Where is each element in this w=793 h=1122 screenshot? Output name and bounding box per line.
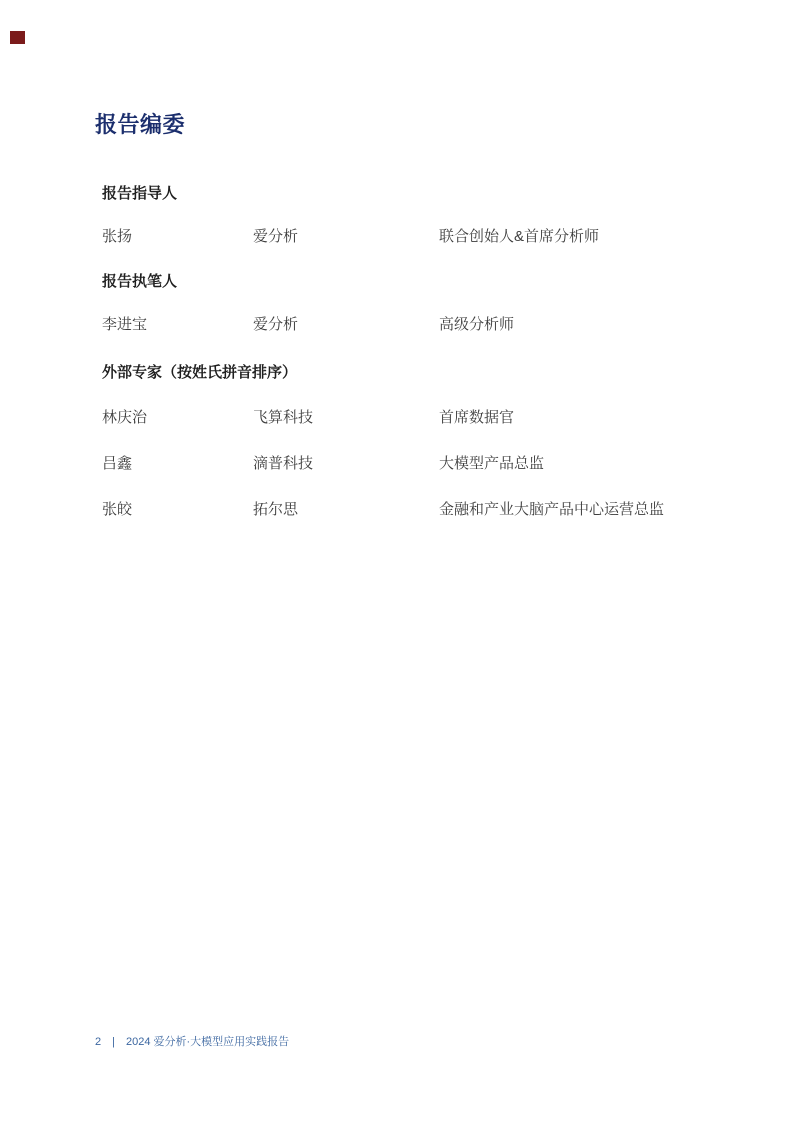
table-row: 林庆治 飞算科技 首席数据官 — [0, 409, 793, 427]
member-name: 张扬 — [102, 228, 132, 245]
table-row: 李进宝 爱分析 高级分析师 — [0, 316, 793, 334]
member-org: 爱分析 — [253, 316, 298, 333]
member-role: 金融和产业大脑产品中心运营总监 — [439, 501, 664, 518]
member-name: 张皎 — [102, 501, 132, 518]
member-org: 拓尔思 — [253, 501, 298, 518]
corner-red-mark — [10, 31, 25, 44]
member-role: 高级分析师 — [439, 316, 514, 333]
member-role: 大模型产品总监 — [439, 455, 544, 472]
document-page: 报告编委 报告指导人 张扬 爱分析 联合创始人&首席分析师 报告执笔人 李进宝 … — [0, 0, 793, 1122]
section-heading-advisors: 报告指导人 — [102, 185, 177, 202]
section-heading-external-experts: 外部专家（按姓氏拼音排序） — [102, 364, 297, 381]
member-name: 吕鑫 — [102, 455, 132, 472]
member-role: 联合创始人&首席分析师 — [439, 228, 599, 245]
member-org: 爱分析 — [253, 228, 298, 245]
member-role: 首席数据官 — [439, 409, 514, 426]
page-number: 2 — [95, 1036, 101, 1048]
footer-separator: | — [112, 1036, 115, 1049]
member-org: 滴普科技 — [253, 455, 313, 472]
member-name: 李进宝 — [102, 316, 147, 333]
table-row: 张扬 爱分析 联合创始人&首席分析师 — [0, 228, 793, 246]
section-heading-authors: 报告执笔人 — [102, 273, 177, 290]
member-org: 飞算科技 — [253, 409, 313, 426]
page-title: 报告编委 — [95, 111, 185, 139]
page-footer: 2|2024 爱分析·大模型应用实践报告 — [95, 1036, 289, 1049]
table-row: 吕鑫 滴普科技 大模型产品总监 — [0, 455, 793, 473]
table-row: 张皎 拓尔思 金融和产业大脑产品中心运营总监 — [0, 501, 793, 519]
footer-report-title: 2024 爱分析·大模型应用实践报告 — [126, 1036, 289, 1048]
member-name: 林庆治 — [102, 409, 147, 426]
